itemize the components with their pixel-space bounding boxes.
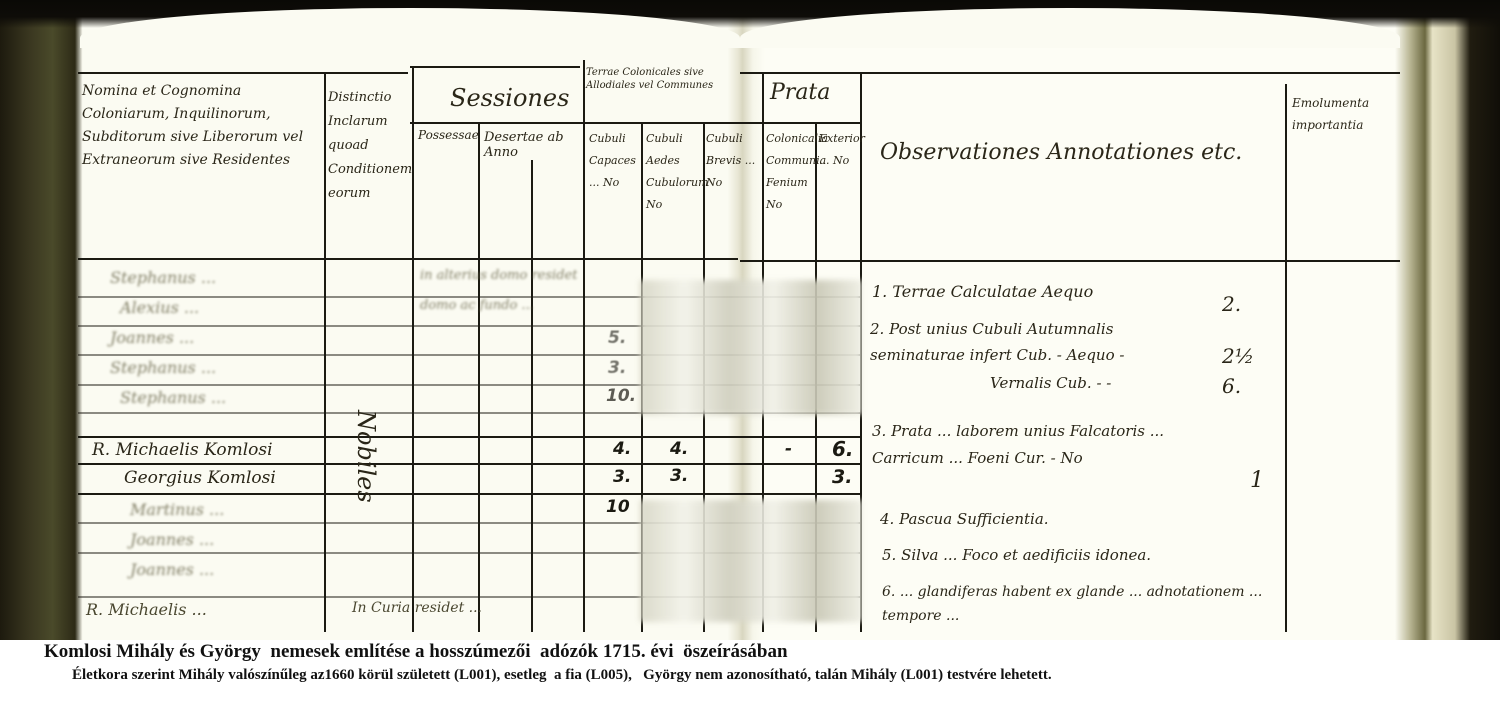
caption-subtitle: Életkora szerint Mihály valószínűleg az1… <box>72 667 1052 684</box>
observation-2b-value: 6. <box>1222 374 1241 398</box>
row-name: R. Michaelis ... <box>86 600 207 619</box>
header-cap-aedes: Cubuli Aedes Cubulorum No <box>646 128 702 216</box>
header-prata-ext: Exterior ... No <box>819 128 859 172</box>
row-value: 6. <box>832 437 854 461</box>
header-rule <box>410 66 580 68</box>
row-value: 3. <box>670 466 688 486</box>
header-rule <box>78 72 408 74</box>
blurred-region <box>640 500 862 622</box>
observation-3: 3. Prata ... laborem unius Falcatoris ..… <box>872 418 1212 472</box>
header-rule <box>740 122 860 124</box>
row-value: 10 <box>606 497 630 517</box>
row-value: 5. <box>608 328 626 348</box>
row-name: Stephanus ... <box>120 388 226 407</box>
caption-title: Komlosi Mihály és György nemesek említés… <box>44 641 788 663</box>
row-value: 4. <box>670 439 688 459</box>
header-sessiones: Sessiones <box>450 84 569 112</box>
header-rule <box>740 72 1400 74</box>
row-rule <box>78 493 860 495</box>
blurred-region <box>640 280 862 415</box>
header-col-names: Nomina et Cognomina Coloniarum, Inquilin… <box>82 80 322 172</box>
header-observationes: Observationes Annotationes etc. <box>880 140 1242 165</box>
observation-5: 5. Silva ... Foco et aedificiis idonea. <box>882 546 1151 564</box>
row-name: Joannes ... <box>130 560 214 579</box>
header-possessae: Possessae <box>418 128 476 142</box>
row-value: 3. <box>832 466 852 488</box>
observation-3-value: 1 <box>1250 468 1264 493</box>
observation-6: 5.6. ... glandiferas habent ex glande ..… <box>882 580 1282 628</box>
header-rule <box>410 122 740 124</box>
observation-1: 1. Terrae Calculatae Aequo <box>872 282 1093 301</box>
row-name: Alexius ... <box>120 298 199 317</box>
header-bottom-rule <box>740 260 1400 262</box>
row-value: - <box>785 439 792 459</box>
row-value: 4. <box>613 439 631 459</box>
column-rule <box>531 160 533 632</box>
column-rule <box>1285 84 1287 632</box>
observation-1-value: 2. <box>1222 292 1241 316</box>
row-note: in alterius domo residet <box>420 268 577 283</box>
side-note-nobiles: Nobiles <box>352 410 380 503</box>
observation-2b: Vernalis Cub. - - <box>990 374 1111 392</box>
row-value: 3. <box>608 358 626 378</box>
row-value: 10. <box>606 386 636 406</box>
row-name: Stephanus ... <box>110 358 216 377</box>
header-terrae: Terrae Colonicales sive Allodiales vel C… <box>586 66 746 92</box>
row-name: Joannes ... <box>110 328 194 347</box>
observation-4: 4. Pascua Sufficientia. <box>880 510 1049 528</box>
observation-2: 2. Post unius Cubuli Autumnalis seminatu… <box>870 316 1210 368</box>
row-name: Stephanus ... <box>110 268 216 287</box>
row-rule <box>78 436 860 438</box>
header-desertae: Desertae ab Anno <box>484 130 574 160</box>
row-value: 3. <box>613 467 631 487</box>
row-name: Joannes ... <box>130 530 214 549</box>
row-name-komlosi-mihaly: R. Michaelis Komlosi <box>92 440 273 460</box>
column-rule <box>478 122 480 632</box>
header-bottom-rule <box>78 258 738 260</box>
header-cap-brev: Cubuli Brevis ... No <box>706 128 758 194</box>
header-col-distinctio: Distinctio Inclarum quoad Conditionem eo… <box>328 86 410 206</box>
header-cap-capaces: Cubuli Capaces ... No <box>589 128 639 194</box>
column-rule <box>412 66 414 632</box>
row-name: Martinus ... <box>130 500 224 519</box>
header-prata-col: Colonicalia Communia Fenium No <box>766 128 814 216</box>
row-rule <box>78 463 860 465</box>
header-emolumenta: Emolumenta importantia <box>1292 92 1396 136</box>
header-prata: Prata <box>770 80 830 105</box>
row-note: domo ac fundo ... <box>420 298 534 313</box>
column-rule <box>324 72 326 632</box>
row-name-komlosi-gyorgy: Georgius Komlosi <box>124 468 276 488</box>
row-note: In Curia residet ... <box>352 600 482 616</box>
column-rule <box>583 60 585 632</box>
observation-2-value: 2½ <box>1222 344 1254 368</box>
